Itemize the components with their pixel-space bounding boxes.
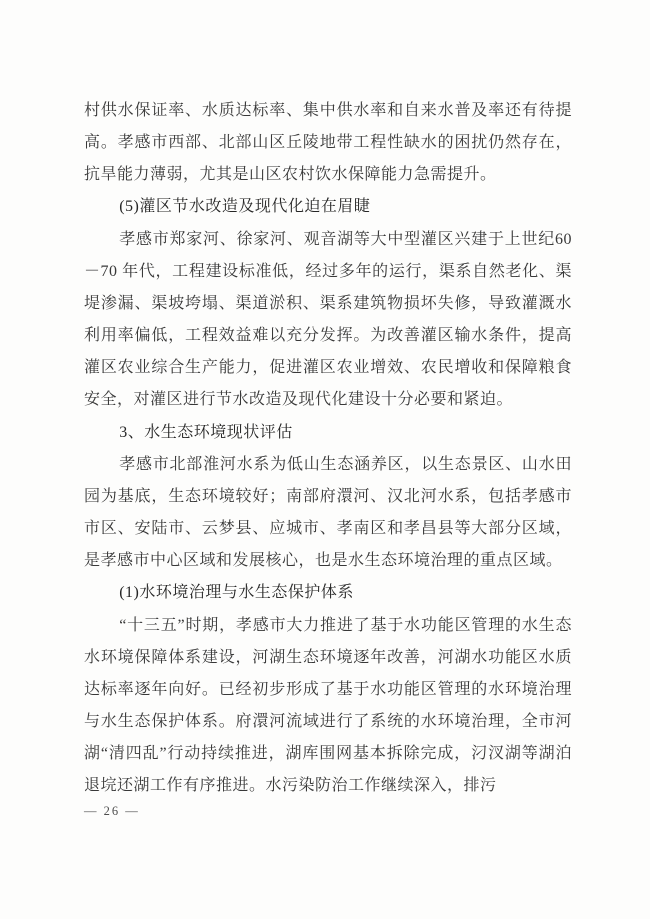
heading-irrigation-district-modernization: (5)灌区节水改造及现代化迫在眉睫 — [84, 191, 572, 223]
paragraph-water-environment-governance: “十三五”时期，孝感市大力推进了基于水功能区管理的水生态水环境保障体系建设，河湖… — [84, 610, 572, 803]
document-body: 村供水保证率、水质达标率、集中供水率和自来水普及率还有待提高。孝感市西部、北部山… — [84, 95, 572, 802]
heading-water-environment-protection-system: (1)水环境治理与水生态保护体系 — [84, 577, 572, 609]
paragraph-irrigation-district-condition: 孝感市郑家河、徐家河、观音湖等大中型灌区兴建于上世纪60－70 年代，工程建设标… — [84, 224, 572, 417]
page-number: — 26 — — [84, 804, 140, 818]
paragraph-water-ecology-regions: 孝感市北部淮河水系为低山生态涵养区，以生态景区、山水田园为基底，生态环境较好；南… — [84, 449, 572, 578]
document-page: 村供水保证率、水质达标率、集中供水率和自来水普及率还有待提高。孝感市西部、北部山… — [0, 0, 650, 919]
paragraph-rural-water-supply-continuation: 村供水保证率、水质达标率、集中供水率和自来水普及率还有待提高。孝感市西部、北部山… — [84, 95, 572, 191]
page-footer: — 26 — — [84, 804, 140, 819]
heading-water-ecology-status-assessment: 3、水生态环境现状评估 — [84, 417, 572, 449]
